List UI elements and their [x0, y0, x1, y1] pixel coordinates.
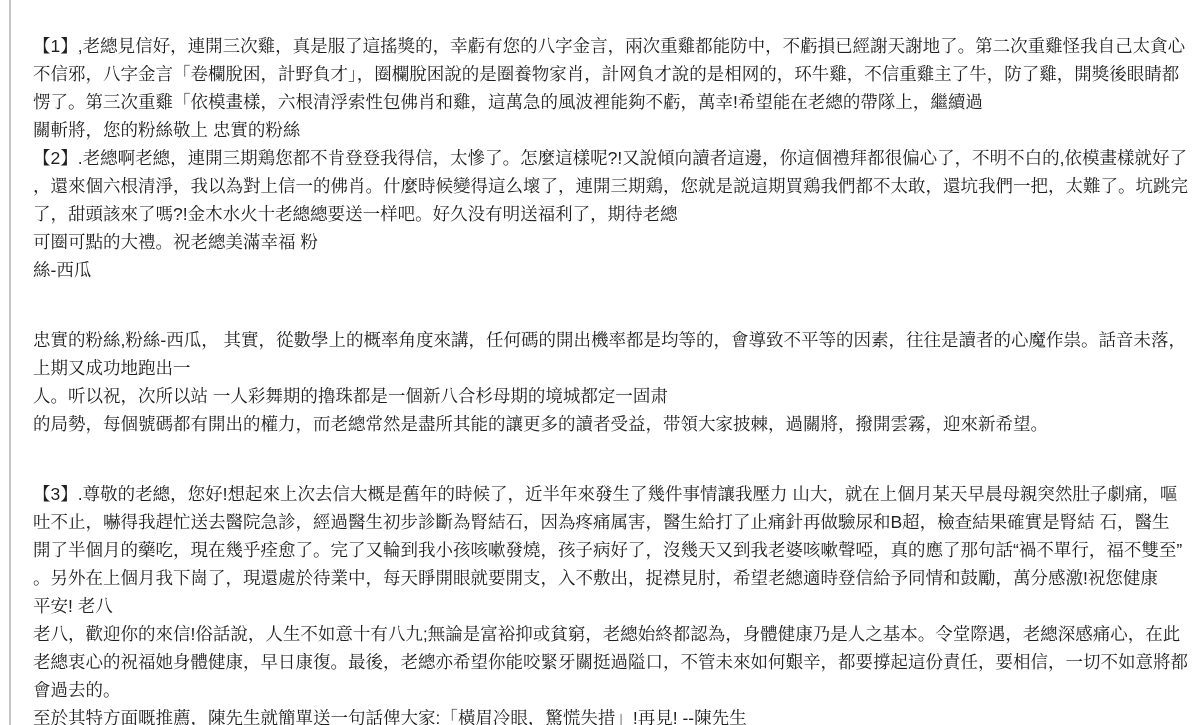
text-line: 忠實的粉絲,粉絲-西瓜， 其實，從數學上的概率角度來講，任何碼的開出機率都是均等…: [33, 326, 1198, 354]
text-line: 的局勢，每個號碼都有開出的權力，而老總常然是盡所其能的讓更多的讀者受益，带領大家…: [33, 410, 1198, 438]
text-line: 關斬將，您的粉絲敬上 忠實的粉絲: [33, 116, 1198, 144]
text-line: 【2】.老總啊老總，連開三期鶏您都不肯登登我得信，太慘了。怎麼這樣呢?!又說傾向…: [33, 144, 1198, 172]
text-line: 愣了。第三次重雞「依模畫樣，六根清浮索性包佛肖和雞，這萬急的風波裡能夠不虧，萬幸…: [33, 88, 1198, 116]
text-line: 至於其特方面嘅推薦，陳先生就簡單送一句話俾大家:「橫眉冷眼，驚慌失措」!再見! …: [33, 704, 1198, 725]
text-line: 人。听以祝，次所以站 一人彩舞期的擼珠都是一個新八合杉母期的境城都定一固肃: [33, 382, 1198, 410]
left-border-rule: [9, 0, 11, 725]
text-line: 。另外在上個月我下崗了，現還處於待業中，每天睜開眼就要開支，入不敷出，捉襟見肘，…: [33, 564, 1198, 592]
text-line: 絲-西瓜: [33, 256, 1198, 284]
text-line: ，還來個六根清淨，我以為對上信一的佛肖。什麼時候變得這么壞了，連開三期鶏，您就是…: [33, 172, 1198, 200]
text-line: 會過去的。: [33, 676, 1198, 704]
text-line: 【1】,老總見信好，連開三次雞，真是服了這搖獎的，幸虧有您的八字金言，兩次重雞都…: [33, 32, 1198, 60]
text-line: 老八，歡迎你的來信!俗話說，人生不如意十有八九;無論是富裕抑或貧窮，老總始終都認…: [33, 620, 1198, 648]
text-line: 上期又成功地跑出一: [33, 354, 1198, 382]
text-line: 平安! 老八: [33, 592, 1198, 620]
text-line: 老總衷心的祝福她身體健康，早日康復。最後，老總亦希望你能咬緊牙關挺過隘口，不管未…: [33, 648, 1198, 676]
text-line: 不信邪，八字金言「卷欄脫困，計野負才」，圈欄脫困說的是圈養物家肖，計网負才說的是…: [33, 60, 1198, 88]
text-line: 開了半個月的藥吃，現在幾乎痊愈了。完了又輪到我小孩咳嗽發燒，孩子病好了，沒幾天又…: [33, 536, 1198, 564]
blank-line: [33, 284, 1198, 326]
blank-line: [33, 438, 1198, 480]
document-body: 【1】,老總見信好，連開三次雞，真是服了這搖獎的，幸虧有您的八字金言，兩次重雞都…: [33, 32, 1198, 725]
text-line: 了，甜頭該來了嗎?!金木水火十老總總要送一样吧。好久没有明送福利了，期待老總: [33, 200, 1198, 228]
text-line: 【3】.尊敬的老總，您好!想起來上次去信大概是舊年的時候了，近半年來發生了幾件事…: [33, 480, 1198, 508]
text-line: 可圈可點的大禮。祝老總美滿幸福 粉: [33, 228, 1198, 256]
text-line: 吐不止，嚇得我趕忙送去醫院急診，經過醫生初步診斷為腎結石，因為疼痛属害，醫生給打…: [33, 508, 1198, 536]
document-page: 【1】,老總見信好，連開三次雞，真是服了這搖獎的，幸虧有您的八字金言，兩次重雞都…: [0, 0, 1198, 725]
